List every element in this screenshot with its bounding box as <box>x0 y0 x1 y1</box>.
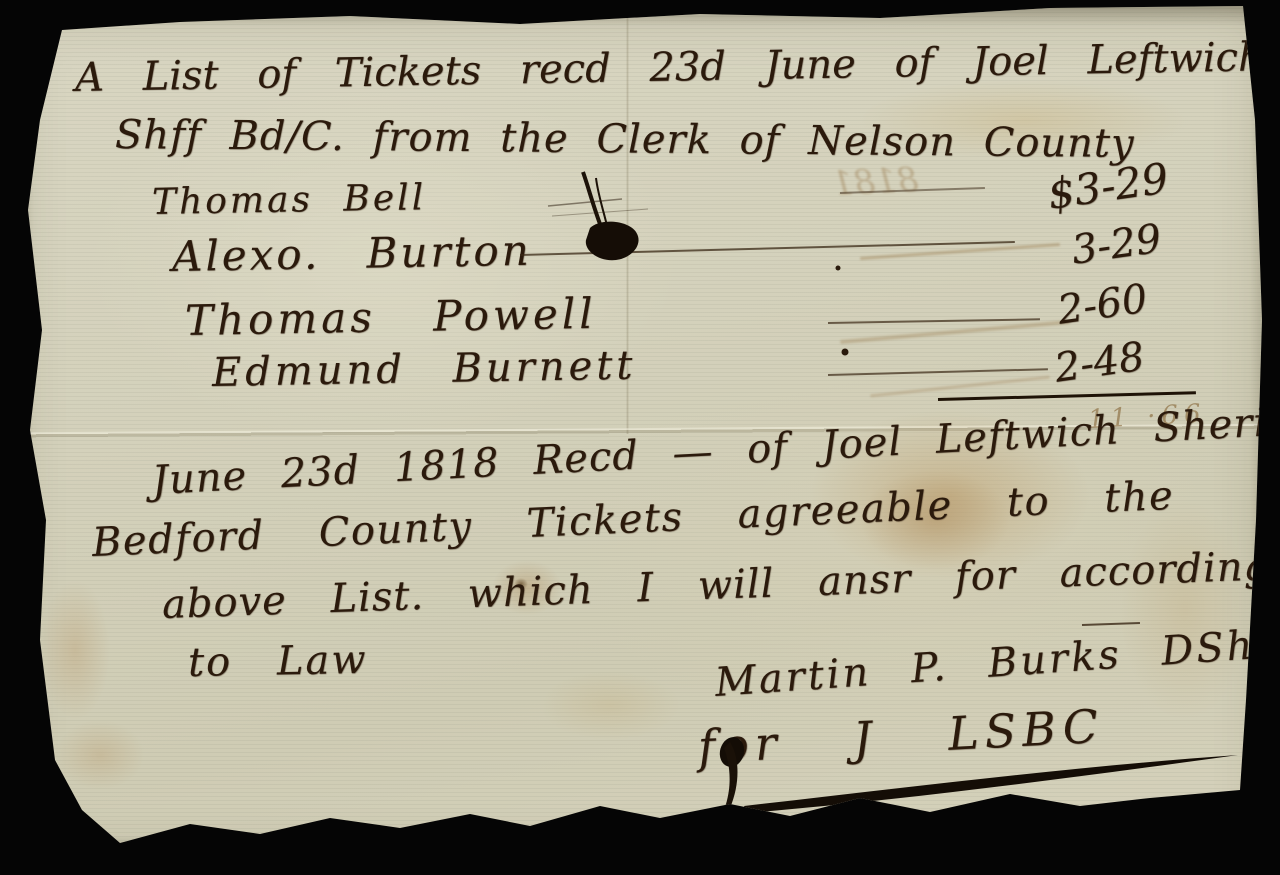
ink-blot <box>0 0 1280 875</box>
scan-background: 8181 A List of Tickets recd 23d June of … <box>0 0 1280 875</box>
document-paper: 8181 A List of Tickets recd 23d June of … <box>0 0 1280 875</box>
